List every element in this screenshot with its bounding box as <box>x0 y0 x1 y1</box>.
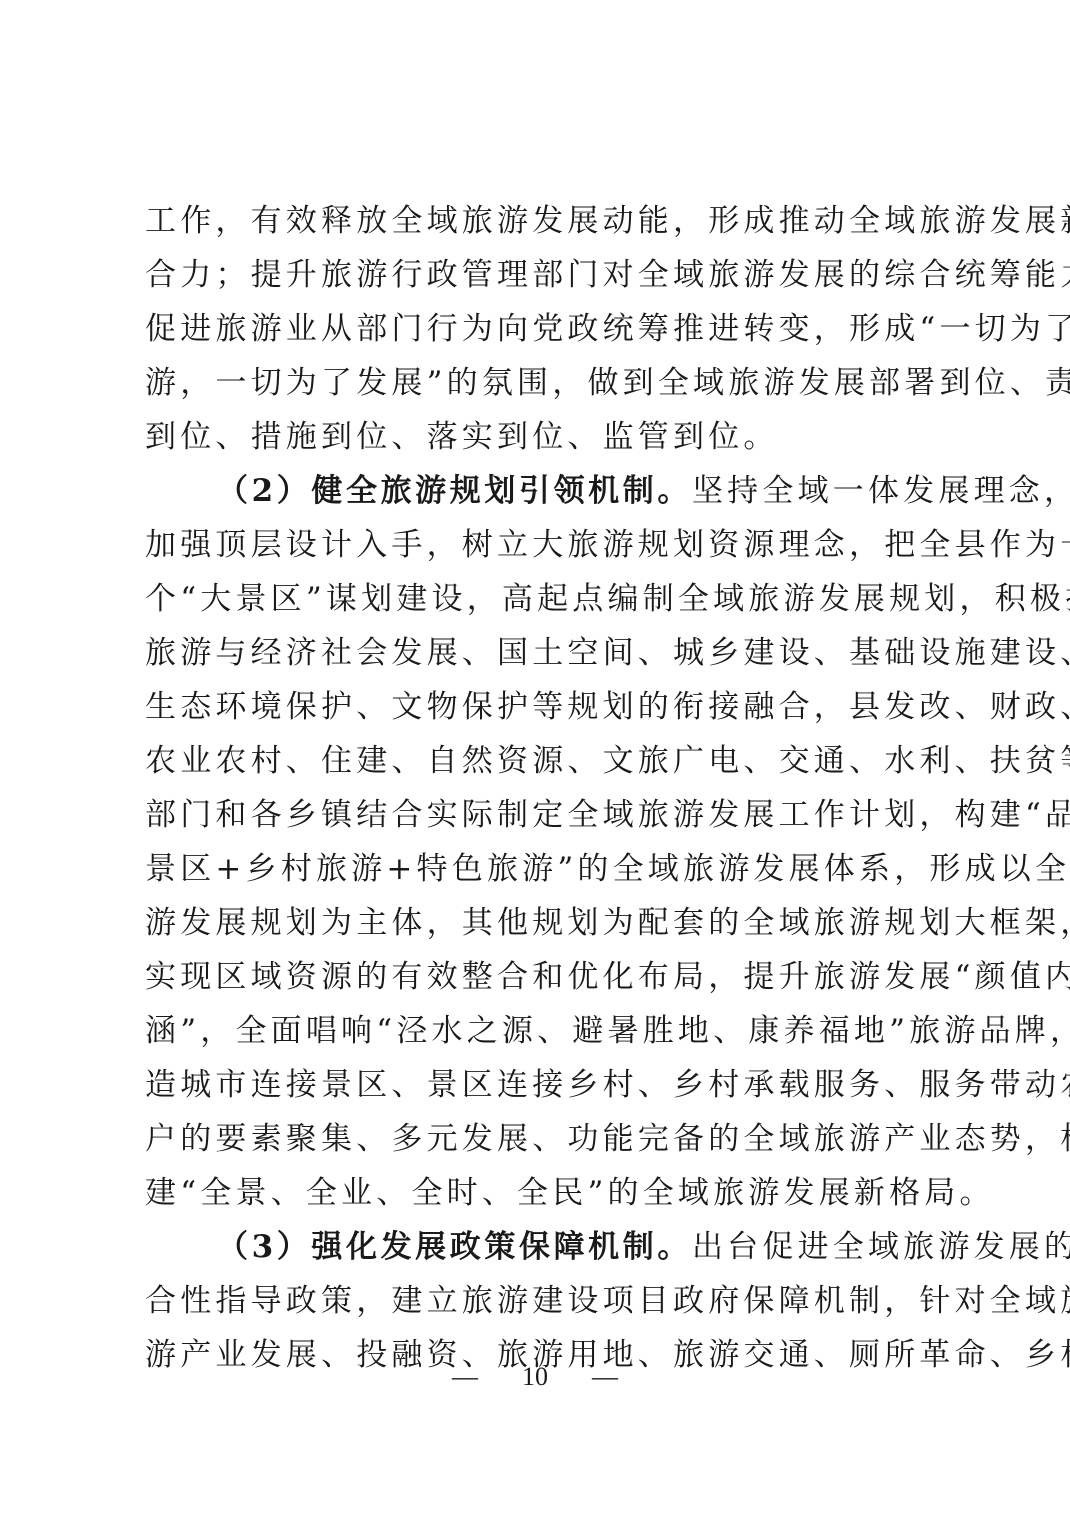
dash-right: — <box>592 1362 618 1392</box>
text-line: 个“大景区”谋划建设，高起点编制全域旅游发展规划，积极推进 <box>145 572 945 626</box>
text-line: 加强顶层设计入手，树立大旅游规划资源理念，把全县作为一 <box>145 518 945 572</box>
text-line: 涵”，全面唱响“泾水之源、避暑胜地、康养福地”旅游品牌，打 <box>145 1004 945 1058</box>
text-line: 造城市连接景区、景区连接乡村、乡村承载服务、服务带动农 <box>145 1058 945 1112</box>
text-line: 游发展规划为主体，其他规划为配套的全域旅游规划大框架， <box>145 896 945 950</box>
section-heading: （2）健全旅游规划引领机制。 <box>217 473 692 509</box>
text-line: 农业农村、住建、自然资源、文旅广电、交通、水利、扶贫等 <box>145 734 945 788</box>
text-line: 部门和各乡镇结合实际制定全域旅游发展工作计划，构建“品牌 <box>145 788 945 842</box>
paragraph-2: （2）健全旅游规划引领机制。坚持全域一体发展理念，从 加强顶层设计入手，树立大旅… <box>145 464 945 1220</box>
section-heading: （3）强化发展政策保障机制。 <box>217 1229 692 1265</box>
dash-left: — <box>452 1362 478 1392</box>
text-run: 出台促进全域旅游发展的综 <box>692 1229 1070 1265</box>
text-line: 工作，有效释放全域旅游发展动能，形成推动全域旅游发展新 <box>145 194 945 248</box>
body-text: 工作，有效释放全域旅游发展动能，形成推动全域旅游发展新 合力；提升旅游行政管理部… <box>145 194 945 1382</box>
text-line: 建“全景、全业、全时、全民”的全域旅游发展新格局。 <box>145 1166 945 1220</box>
paragraph-1: 工作，有效释放全域旅游发展动能，形成推动全域旅游发展新 合力；提升旅游行政管理部… <box>145 194 945 464</box>
text-line: （3）强化发展政策保障机制。出台促进全域旅游发展的综 <box>145 1220 945 1274</box>
text-line: 景区+乡村旅游+特色旅游”的全域旅游发展体系，形成以全域旅 <box>145 842 945 896</box>
text-line: 合性指导政策，建立旅游建设项目政府保障机制，针对全域旅 <box>145 1274 945 1328</box>
text-line: 户的要素聚集、多元发展、功能完备的全域旅游产业态势，构 <box>145 1112 945 1166</box>
text-line: （2）健全旅游规划引领机制。坚持全域一体发展理念，从 <box>145 464 945 518</box>
page-number: 10 <box>522 1362 548 1392</box>
text-run: 坚持全域一体发展理念，从 <box>692 473 1070 509</box>
text-line: 合力；提升旅游行政管理部门对全域旅游发展的综合统筹能力， <box>145 248 945 302</box>
text-line: 到位、措施到位、落实到位、监管到位。 <box>145 410 945 464</box>
text-line: 实现区域资源的有效整合和优化布局，提升旅游发展“颜值内 <box>145 950 945 1004</box>
text-line: 生态环境保护、文物保护等规划的衔接融合，县发改、财政、 <box>145 680 945 734</box>
paragraph-3: （3）强化发展政策保障机制。出台促进全域旅游发展的综 合性指导政策，建立旅游建设… <box>145 1220 945 1382</box>
text-line: 游，一切为了发展”的氛围，做到全域旅游发展部署到位、责任 <box>145 356 945 410</box>
page-footer: —10— <box>0 1362 1070 1392</box>
document-page: 工作，有效释放全域旅游发展动能，形成推动全域旅游发展新 合力；提升旅游行政管理部… <box>0 0 1070 1515</box>
text-line: 促进旅游业从部门行为向党政统筹推进转变，形成“一切为了旅 <box>145 302 945 356</box>
text-line: 旅游与经济社会发展、国土空间、城乡建设、基础设施建设、 <box>145 626 945 680</box>
